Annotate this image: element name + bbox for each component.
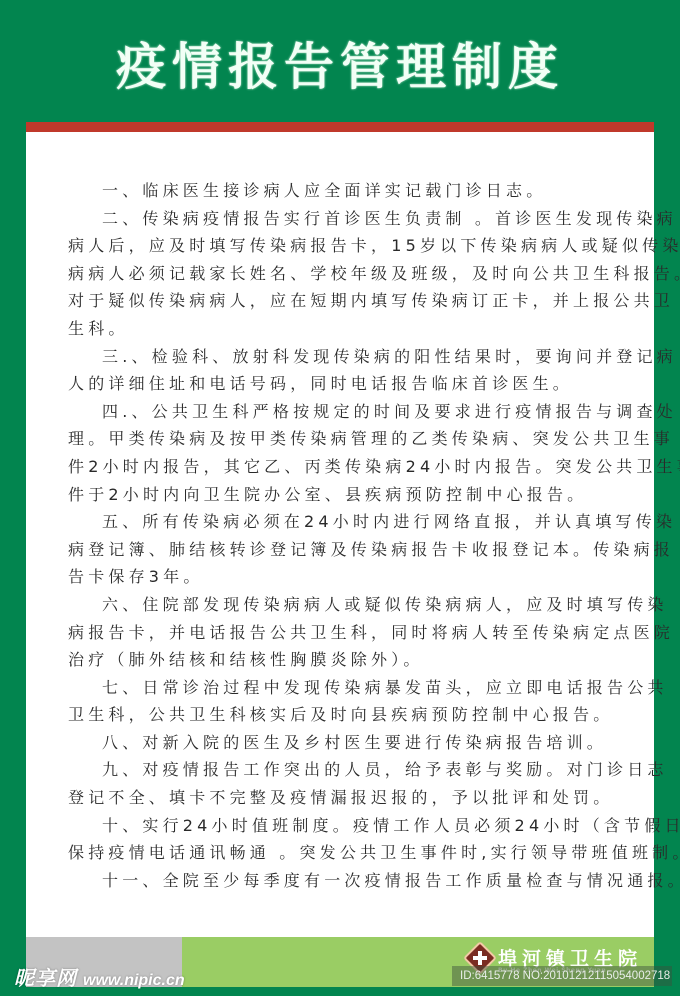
paragraph-first-line: 一、临床医生接诊病人应全面详实记载门诊日志。	[68, 177, 616, 205]
paragraph-line: 病病人必须记载家长姓名、学校年级及班级，及时向公共卫生科报告。	[68, 260, 616, 288]
paragraph-line: 告卡保存3年。	[68, 563, 616, 591]
paragraph-line: 人的详细住址和电话号码，同时电话报告临床首诊医生。	[68, 370, 616, 398]
paragraph-first-line: 三.、检验科、放射科发现传染病的阳性结果时，要询问并登记病	[68, 343, 616, 371]
paragraph-line: 登记不全、填卡不完整及疫情漏报迟报的，予以批评和处罚。	[68, 784, 616, 812]
paragraph-line: 卫生科，公共卫生科核实后及时向县疾病预防控制中心报告。	[68, 701, 616, 729]
accent-bar	[26, 122, 654, 132]
regulation-body: 一、临床医生接诊病人应全面详实记载门诊日志。二、传染病疫情报告实行首诊医生负责制…	[68, 177, 616, 894]
paragraph-line: 病人后，应及时填写传染病报告卡，15岁以下传染病病人或疑似传染	[68, 232, 616, 260]
paragraph-first-line: 四.、公共卫生科严格按规定的时间及要求进行疫情报告与调查处	[68, 398, 616, 426]
watermark-id: ID:6415778 NO:20101212115054002718	[452, 966, 672, 986]
watermark-site-name: 昵享网	[14, 962, 77, 991]
page-title: 疫情报告管理制度	[0, 36, 680, 98]
paragraph-first-line: 九、对疫情报告工作突出的人员，给予表彰与奖励。对门诊日志	[68, 756, 616, 784]
paragraph-first-line: 十、实行24小时值班制度。疫情工作人员必须24小时（含节假日）	[68, 812, 616, 840]
watermark-site-url: www.nipic.cn	[83, 972, 185, 990]
paragraph-line: 件2小时内报告，其它乙、丙类传染病24小时内报告。突发公共卫生事	[68, 453, 616, 481]
paragraph-first-line: 五、所有传染病必须在24小时内进行网络直报，并认真填写传染	[68, 508, 616, 536]
paragraph-line: 生科。	[68, 315, 616, 343]
paragraph-line: 保持疫情电话通讯畅通 。突发公共卫生事件时,实行领导带班值班制。	[68, 839, 616, 867]
paragraph-line: 治疗（肺外结核和结核性胸膜炎除外）。	[68, 646, 616, 674]
paragraph-first-line: 十一、全院至少每季度有一次疫情报告工作质量检查与情况通报。	[68, 867, 616, 895]
paragraph-first-line: 八、对新入院的医生及乡村医生要进行传染病报告培训。	[68, 729, 616, 757]
watermark-logo: 昵享网 www.nipic.cn	[14, 962, 185, 991]
paragraph-line: 病报告卡，并电话报告公共卫生科，同时将病人转至传染病定点医院	[68, 619, 616, 647]
paragraph-first-line: 七、日常诊治过程中发现传染病暴发苗头，应立即电话报告公共	[68, 674, 616, 702]
paragraph-line: 对于疑似传染病病人，应在短期内填写传染病订正卡，并上报公共卫	[68, 287, 616, 315]
paragraph-first-line: 六、住院部发现传染病病人或疑似传染病病人，应及时填写传染	[68, 591, 616, 619]
paragraph-line: 理。甲类传染病及按甲类传染病管理的乙类传染病、突发公共卫生事	[68, 425, 616, 453]
paragraph-line: 件于2小时内向卫生院办公室、县疾病预防控制中心报告。	[68, 481, 616, 509]
paragraph-line: 病登记簿、肺结核转诊登记簿及传染病报告卡收报登记本。传染病报	[68, 536, 616, 564]
paragraph-first-line: 二、传染病疫情报告实行首诊医生负责制 。首诊医生发现传染病	[68, 205, 616, 233]
